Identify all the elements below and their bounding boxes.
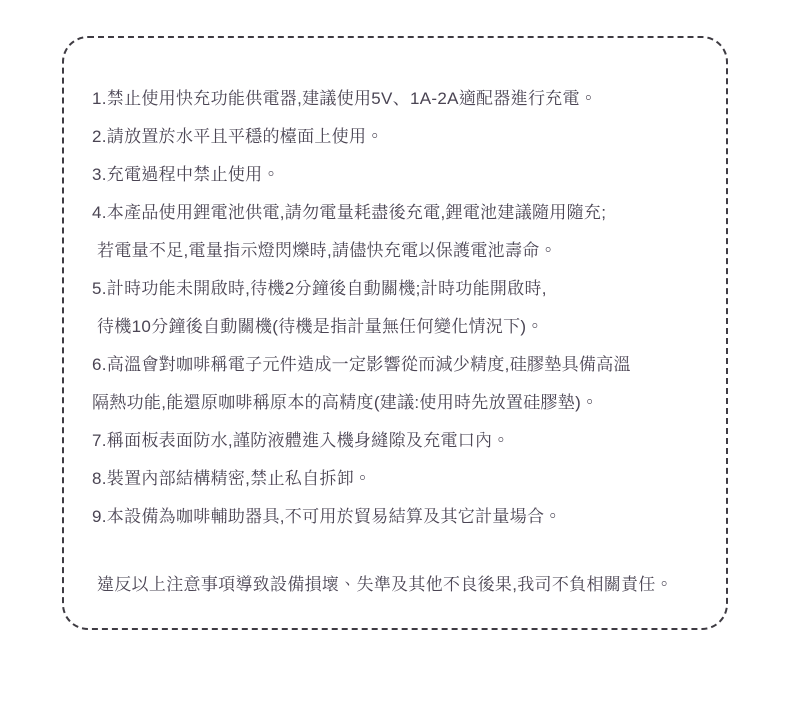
notice-disclaimer: 違反以上注意事項導致設備損壞、失準及其他不良後果,我司不負相關責任。 bbox=[92, 574, 700, 596]
notice-line-4: 4.本產品使用鋰電池供電,請勿電量耗盡後充電,鋰電池建議隨用隨充; bbox=[92, 202, 700, 224]
notice-box: 1.禁止使用快充功能供電器,建議使用5V、1A-2A適配器進行充電。 2.請放置… bbox=[62, 36, 728, 630]
notice-line-7: 7.稱面板表面防水,謹防液體進入機身縫隙及充電口內。 bbox=[92, 430, 700, 452]
notice-line-6-cont: 隔熱功能,能還原咖啡稱原本的高精度(建議:使用時先放置硅膠墊)。 bbox=[92, 392, 700, 414]
instruction-page: 1.禁止使用快充功能供電器,建議使用5V、1A-2A適配器進行充電。 2.請放置… bbox=[0, 0, 790, 719]
notice-line-4-cont: 若電量不足,電量指示燈閃爍時,請儘快充電以保護電池壽命。 bbox=[92, 240, 700, 262]
notice-line-8: 8.裝置內部結構精密,禁止私自拆卸。 bbox=[92, 468, 700, 490]
notice-line-3: 3.充電過程中禁止使用。 bbox=[92, 164, 700, 186]
notice-line-9: 9.本設備為咖啡輔助器具,不可用於貿易結算及其它計量場合。 bbox=[92, 506, 700, 528]
notice-line-1: 1.禁止使用快充功能供電器,建議使用5V、1A-2A適配器進行充電。 bbox=[92, 88, 700, 110]
notice-line-5-cont: 待機10分鐘後自動關機(待機是指計量無任何變化情況下)。 bbox=[92, 316, 700, 338]
notice-line-5: 5.計時功能未開啟時,待機2分鐘後自動關機;計時功能開啟時, bbox=[92, 278, 700, 300]
notice-line-6: 6.高溫會對咖啡稱電子元件造成一定影響從而減少精度,硅膠墊具備高溫 bbox=[92, 354, 700, 376]
notice-line-2: 2.請放置於水平且平穩的檯面上使用。 bbox=[92, 126, 700, 148]
